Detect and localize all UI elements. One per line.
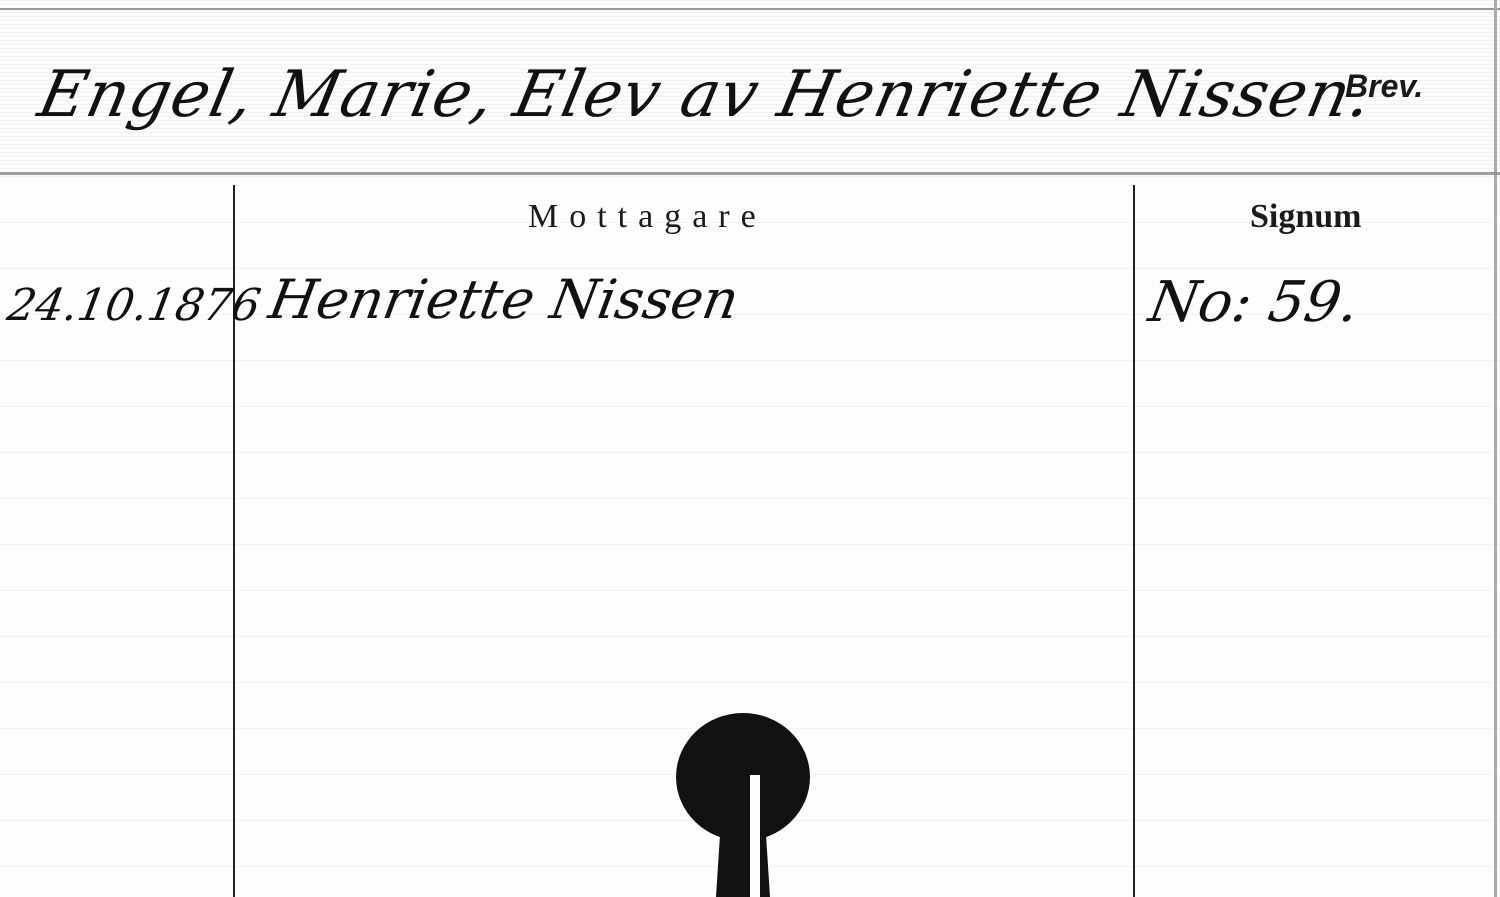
card-top-edge	[0, 8, 1500, 10]
punch-hole-slit	[750, 775, 760, 897]
signum-column-header: Signum	[1250, 198, 1362, 236]
entry-date: 24.10.1876	[4, 280, 265, 331]
card-right-edge	[1494, 0, 1497, 897]
recipient-column-header: Mottagare	[528, 198, 767, 236]
index-card: Engel, Marie, Elev av Henriette Nissen. …	[0, 0, 1500, 897]
card-punch-hole-icon	[676, 713, 812, 897]
punch-hole-stem	[716, 813, 770, 897]
signum-column-divider	[1133, 185, 1135, 897]
header-divider	[0, 172, 1500, 175]
card-title-handwritten: Engel, Marie, Elev av Henriette Nissen.	[32, 58, 1379, 132]
entry-signum: No: 59.	[1144, 270, 1364, 335]
entry-recipient: Henriette Nissen	[264, 268, 743, 331]
card-type-label: Brev.	[1345, 68, 1423, 105]
